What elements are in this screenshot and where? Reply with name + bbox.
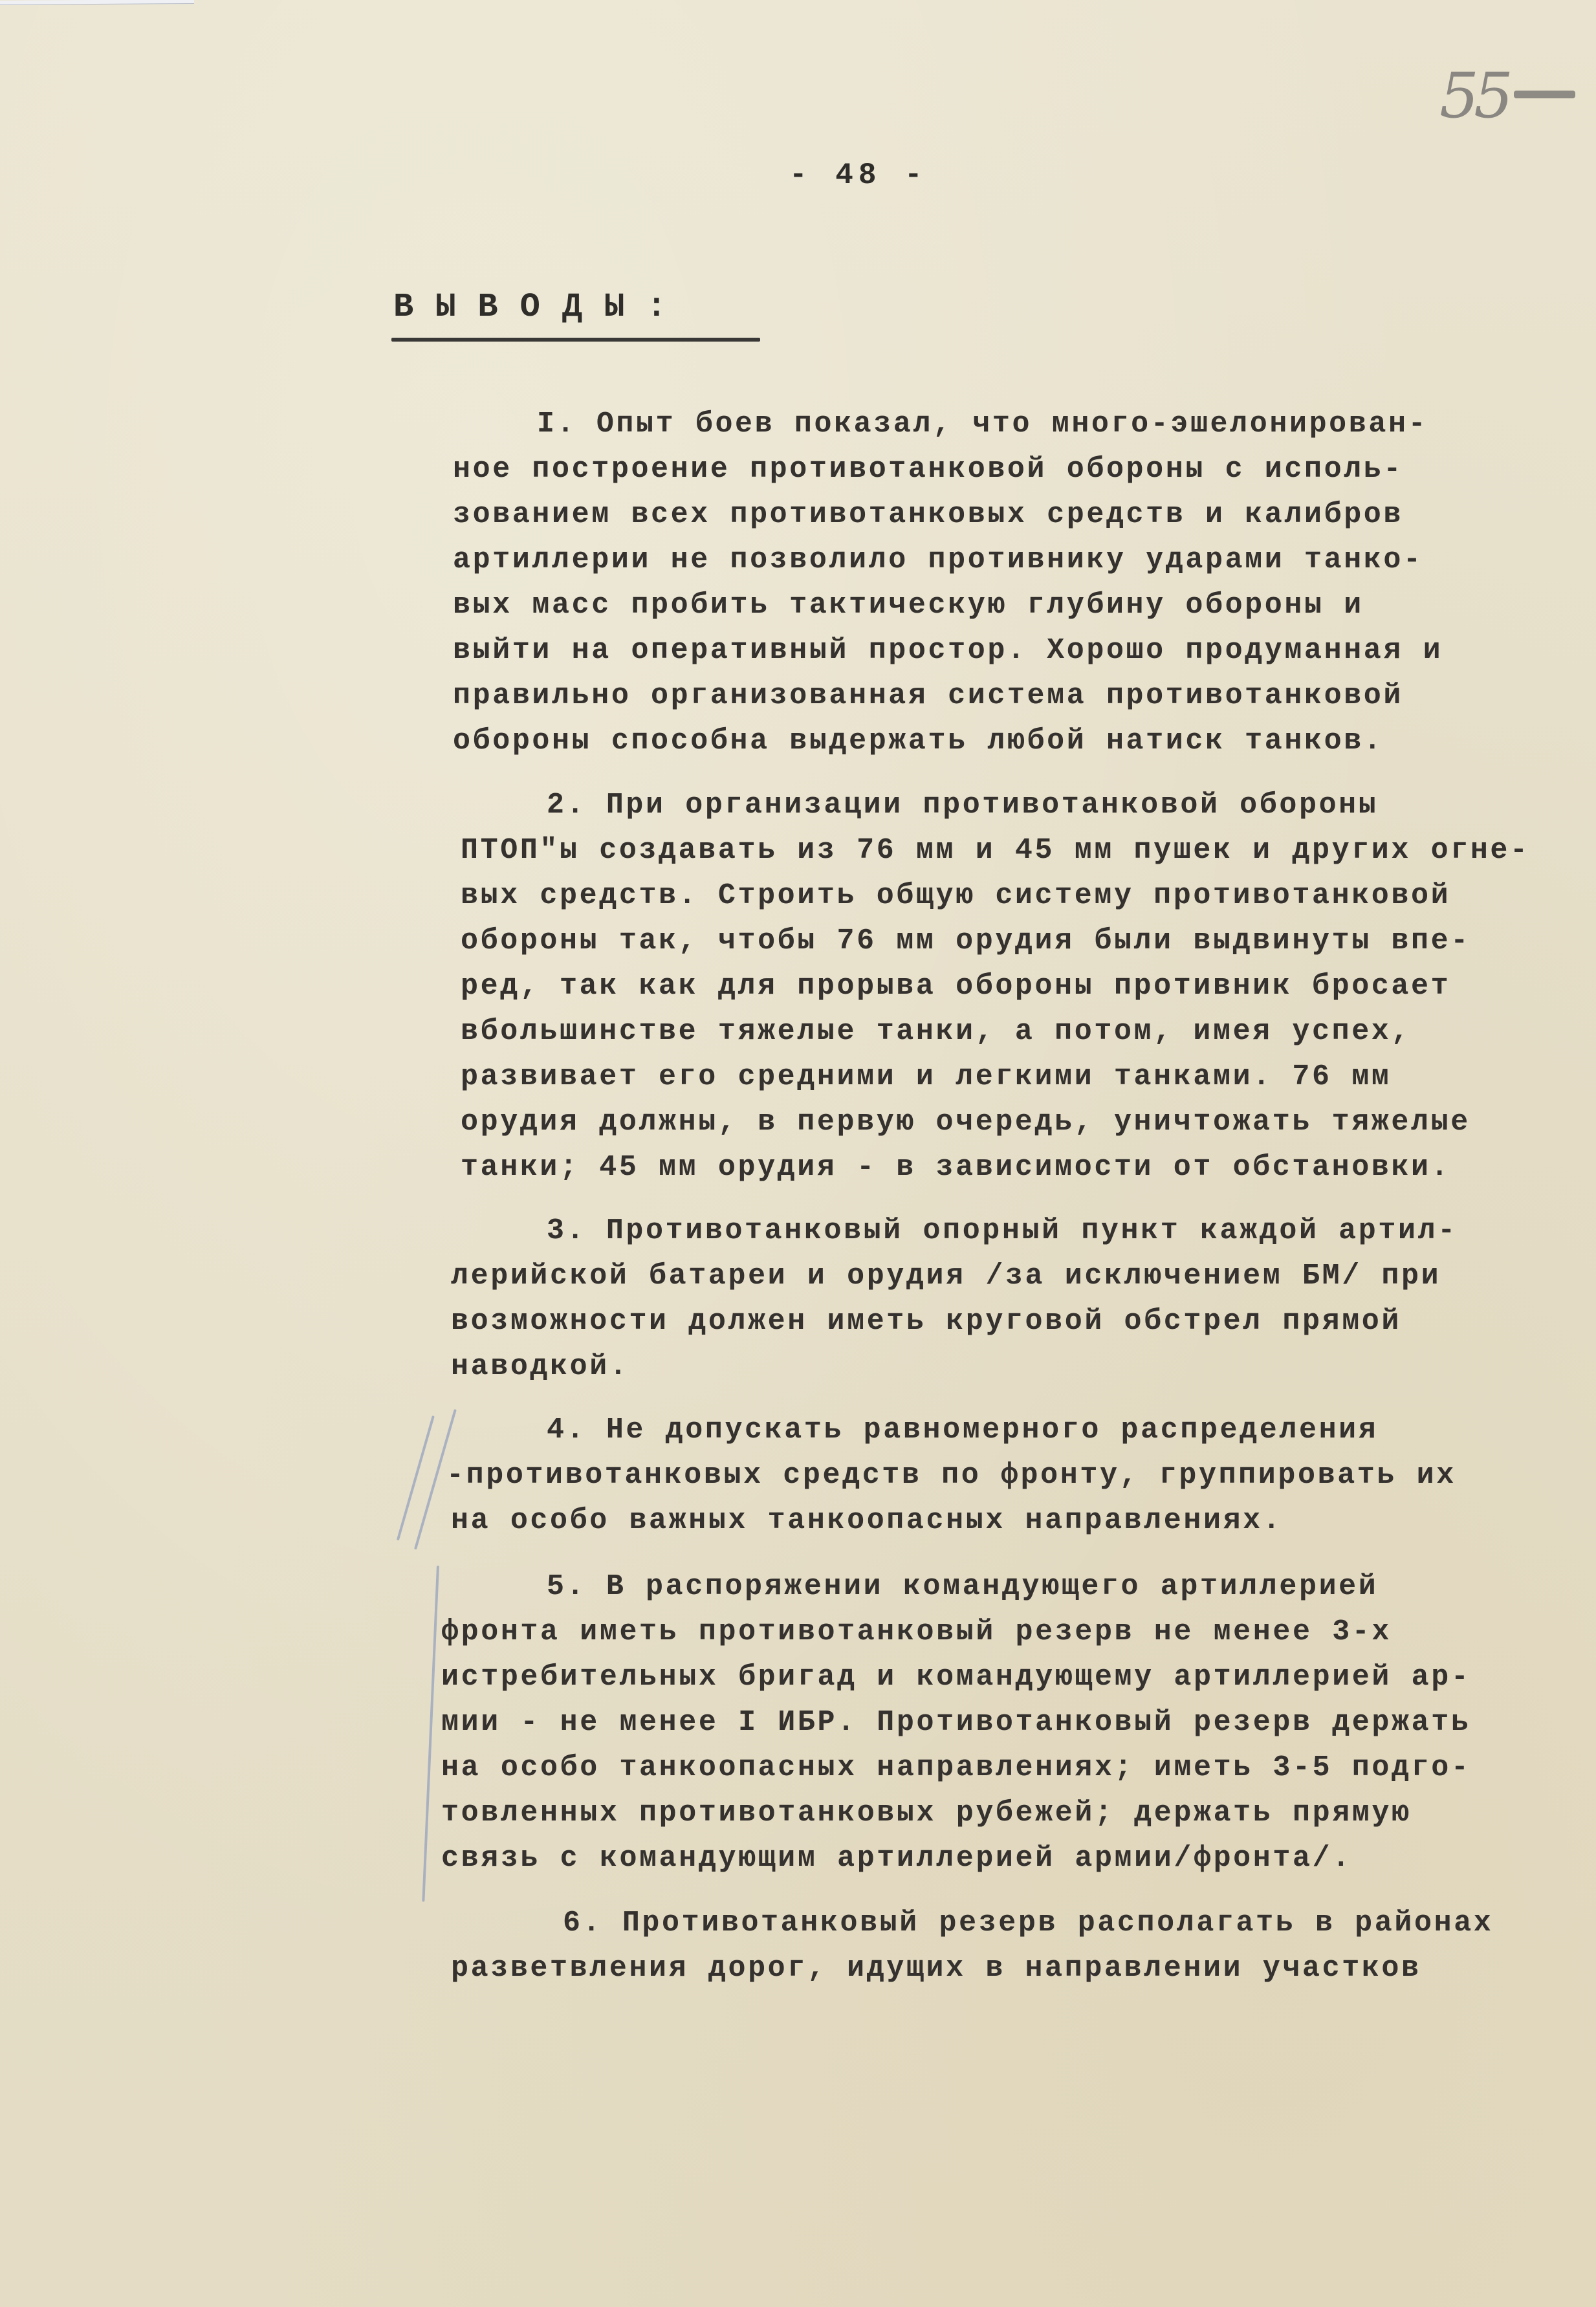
text-line: на особо танкоопасных направлениях; имет…	[441, 1753, 1470, 1782]
text-line: зованием всех противотанковых средств и …	[453, 500, 1403, 529]
text-line: разветвления дорог, идущих в направлении…	[451, 1954, 1421, 1983]
text-line: вых масс пробить тактическую глубину обо…	[453, 591, 1364, 620]
text-line: наводкой.	[451, 1352, 629, 1381]
text-line: обороны так, чтобы 76 мм орудия были выд…	[461, 926, 1470, 956]
text-line: 6. Противотанковый резерв располагать в …	[563, 1908, 1493, 1938]
heading-underline	[391, 338, 760, 342]
text-line: вбольшинстве тяжелые танки, а потом, име…	[461, 1017, 1411, 1046]
text-line: на особо важных танкоопасных направления…	[451, 1506, 1282, 1535]
text-line: обороны способна выдержать любой натиск …	[453, 727, 1383, 756]
document-page: 55 - 48 - ВЫВОДЫ: I. Опыт боев показал, …	[0, 0, 1596, 2307]
text-line: товленных противотанковых рубежей; держа…	[441, 1799, 1412, 1828]
text-line: истребительных бригад и командующему арт…	[441, 1663, 1470, 1692]
text-line: вых средств. Строить общую систему проти…	[461, 881, 1450, 910]
text-line: фронта иметь противотанковый резерв не м…	[441, 1617, 1392, 1646]
text-line: артиллерии не позволило противнику удара…	[453, 545, 1423, 574]
text-line: ПТОП"ы создавать из 76 мм и 45 мм пушек …	[461, 836, 1530, 865]
text-line: I. Опыт боев показал, что много-эшелонир…	[537, 410, 1428, 439]
text-line: возможности должен иметь круговой обстре…	[451, 1307, 1401, 1336]
scan-edge-strip	[0, 0, 194, 5]
text-line: -противотанковых средств по фронту, груп…	[446, 1461, 1456, 1490]
text-line: лерийской батареи и орудия /за исключени…	[451, 1262, 1441, 1291]
page-number: - 48 -	[789, 159, 928, 192]
text-line: ное построение противотанковой обороны с…	[453, 455, 1403, 484]
text-line: правильно организованная система противо…	[453, 681, 1403, 710]
margin-pencil-line	[422, 1566, 439, 1902]
text-line: 5. В распоряжении командующего артиллери…	[547, 1572, 1378, 1601]
text-line: 3. Противотанковый опорный пункт каждой …	[547, 1216, 1458, 1245]
text-line: танки; 45 мм орудия - в зависимости от о…	[461, 1153, 1450, 1182]
text-line: мии - не менее I ИБР. Противотанковый ре…	[441, 1708, 1470, 1737]
text-line: выйти на оперативный простор. Хорошо про…	[453, 636, 1443, 665]
text-line: развивает его средними и легкими танками…	[461, 1062, 1391, 1091]
section-heading: ВЫВОДЫ:	[393, 288, 688, 326]
margin-pencil-mark	[397, 1416, 435, 1540]
text-line: 4. Не допускать равномерного распределен…	[547, 1416, 1378, 1445]
folio-dash-mark	[1514, 91, 1575, 98]
text-line: орудия должны, в первую очередь, уничтож…	[461, 1108, 1470, 1137]
text-line: связь с командующим артиллерией армии/фр…	[441, 1844, 1352, 1873]
text-line: ред, так как для прорыва обороны противн…	[461, 972, 1450, 1001]
folio-number: 55	[1439, 65, 1536, 136]
text-line: 2. При организации противотанковой оборо…	[547, 791, 1378, 820]
